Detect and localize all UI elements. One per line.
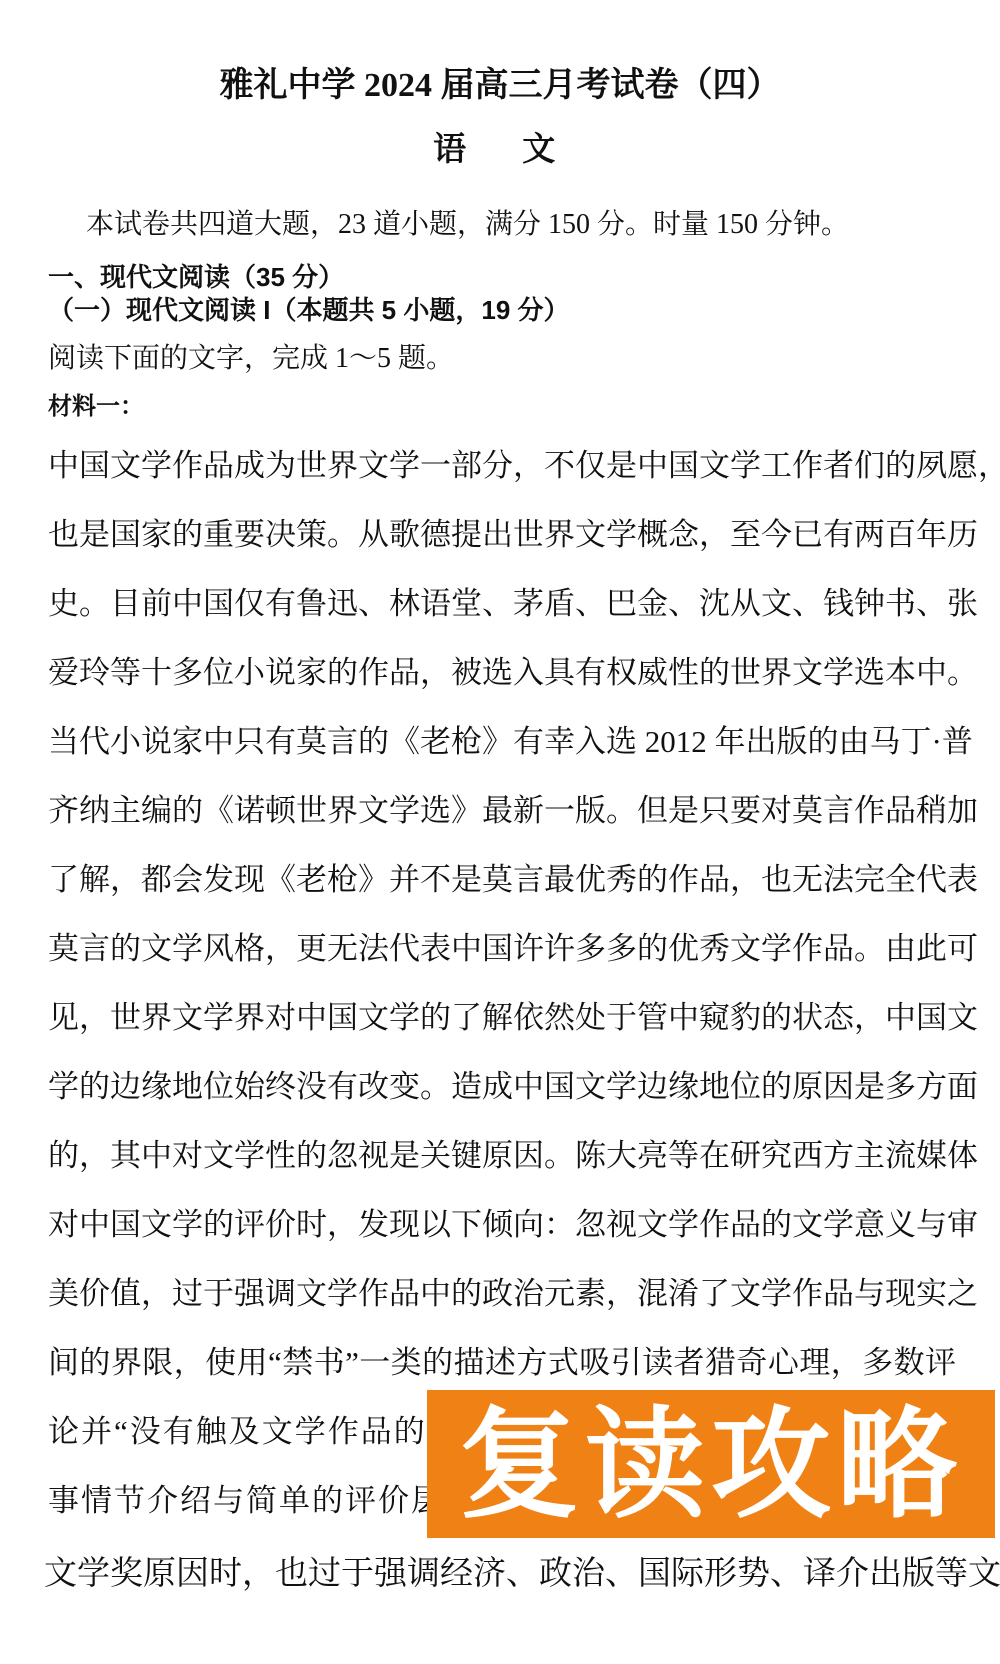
material-text-line: 见，世界文学界对中国文学的了解依然处于管中窥豹的状态，中国文 — [48, 1001, 956, 1035]
material-text-line: 了解，都会发现《老枪》并不是莫言最优秀的作品，也无法完全代表 — [48, 863, 956, 897]
material-text-line: 也是国家的重要决策。从歌德提出世界文学概念，至今已有两百年历 — [48, 518, 956, 552]
bottom-text-line: 文学奖原因时，也过于强调经济、政治、国际形势、译介出版等文学 — [44, 1553, 974, 1593]
material-text-line: 史。目前中国仅有鲁迅、林语堂、茅盾、巴金、沈从文、钱钟书、张 — [48, 587, 956, 621]
material-label: 材料一： — [48, 390, 958, 424]
material-text-line: 爱玲等十多位小说家的作品，被选入具有权威性的世界文学选本中。 — [48, 656, 956, 690]
section-heading: 一、现代文阅读（35 分） — [48, 259, 958, 295]
material-text-line: 当代小说家中只有莫言的《老枪》有幸入选 2012 年出版的由马丁·普 — [48, 725, 956, 759]
subject-title: 语 文 — [0, 129, 1000, 171]
material-text-line: 学的边缘地位始终没有改变。造成中国文学边缘地位的原因是多方面 — [48, 1070, 956, 1104]
material-text-line: 中国文学作品成为世界文学一部分，不仅是中国文学工作者们的夙愿， — [48, 449, 956, 483]
material-text-line: 间的界限，使用“禁书”一类的描述方式吸引读者猎奇心理，多数评 — [48, 1346, 956, 1380]
reading-instruction: 阅读下面的文字，完成 1～5 题。 — [48, 340, 958, 378]
material-text-line: 的，其中对文学性的忽视是关键原因。陈大亮等在研究西方主流媒体 — [48, 1139, 956, 1173]
material-text-line: 美价值，过于强调文学作品中的政治元素，混淆了文学作品与现实之 — [48, 1277, 956, 1311]
watermark-banner: 复读攻略 — [427, 1390, 995, 1538]
exam-paper-page: 雅礼中学 2024 届高三月考试卷（四） 语 文 本试卷共四道大题，23 道小题… — [0, 0, 1000, 1664]
subsection-heading: （一）现代文阅读 I（本题共 5 小题，19 分） — [48, 292, 958, 328]
material-text-line: 对中国文学的评价时，发现以下倾向：忽视文学作品的文学意义与审 — [48, 1208, 956, 1242]
exam-title: 雅礼中学 2024 届高三月考试卷（四） — [0, 64, 1000, 108]
watermark-text: 复读攻略 — [459, 1402, 963, 1526]
material-text-line: 齐纳主编的《诺顿世界文学选》最新一版。但是只要对莫言作品稍加 — [48, 794, 956, 828]
exam-intro-line: 本试卷共四道大题，23 道小题，满分 150 分。时量 150 分钟。 — [48, 205, 958, 245]
material-text-line: 莫言的文学风格，更无法代表中国许许多多的优秀文学作品。由此可 — [48, 932, 956, 966]
